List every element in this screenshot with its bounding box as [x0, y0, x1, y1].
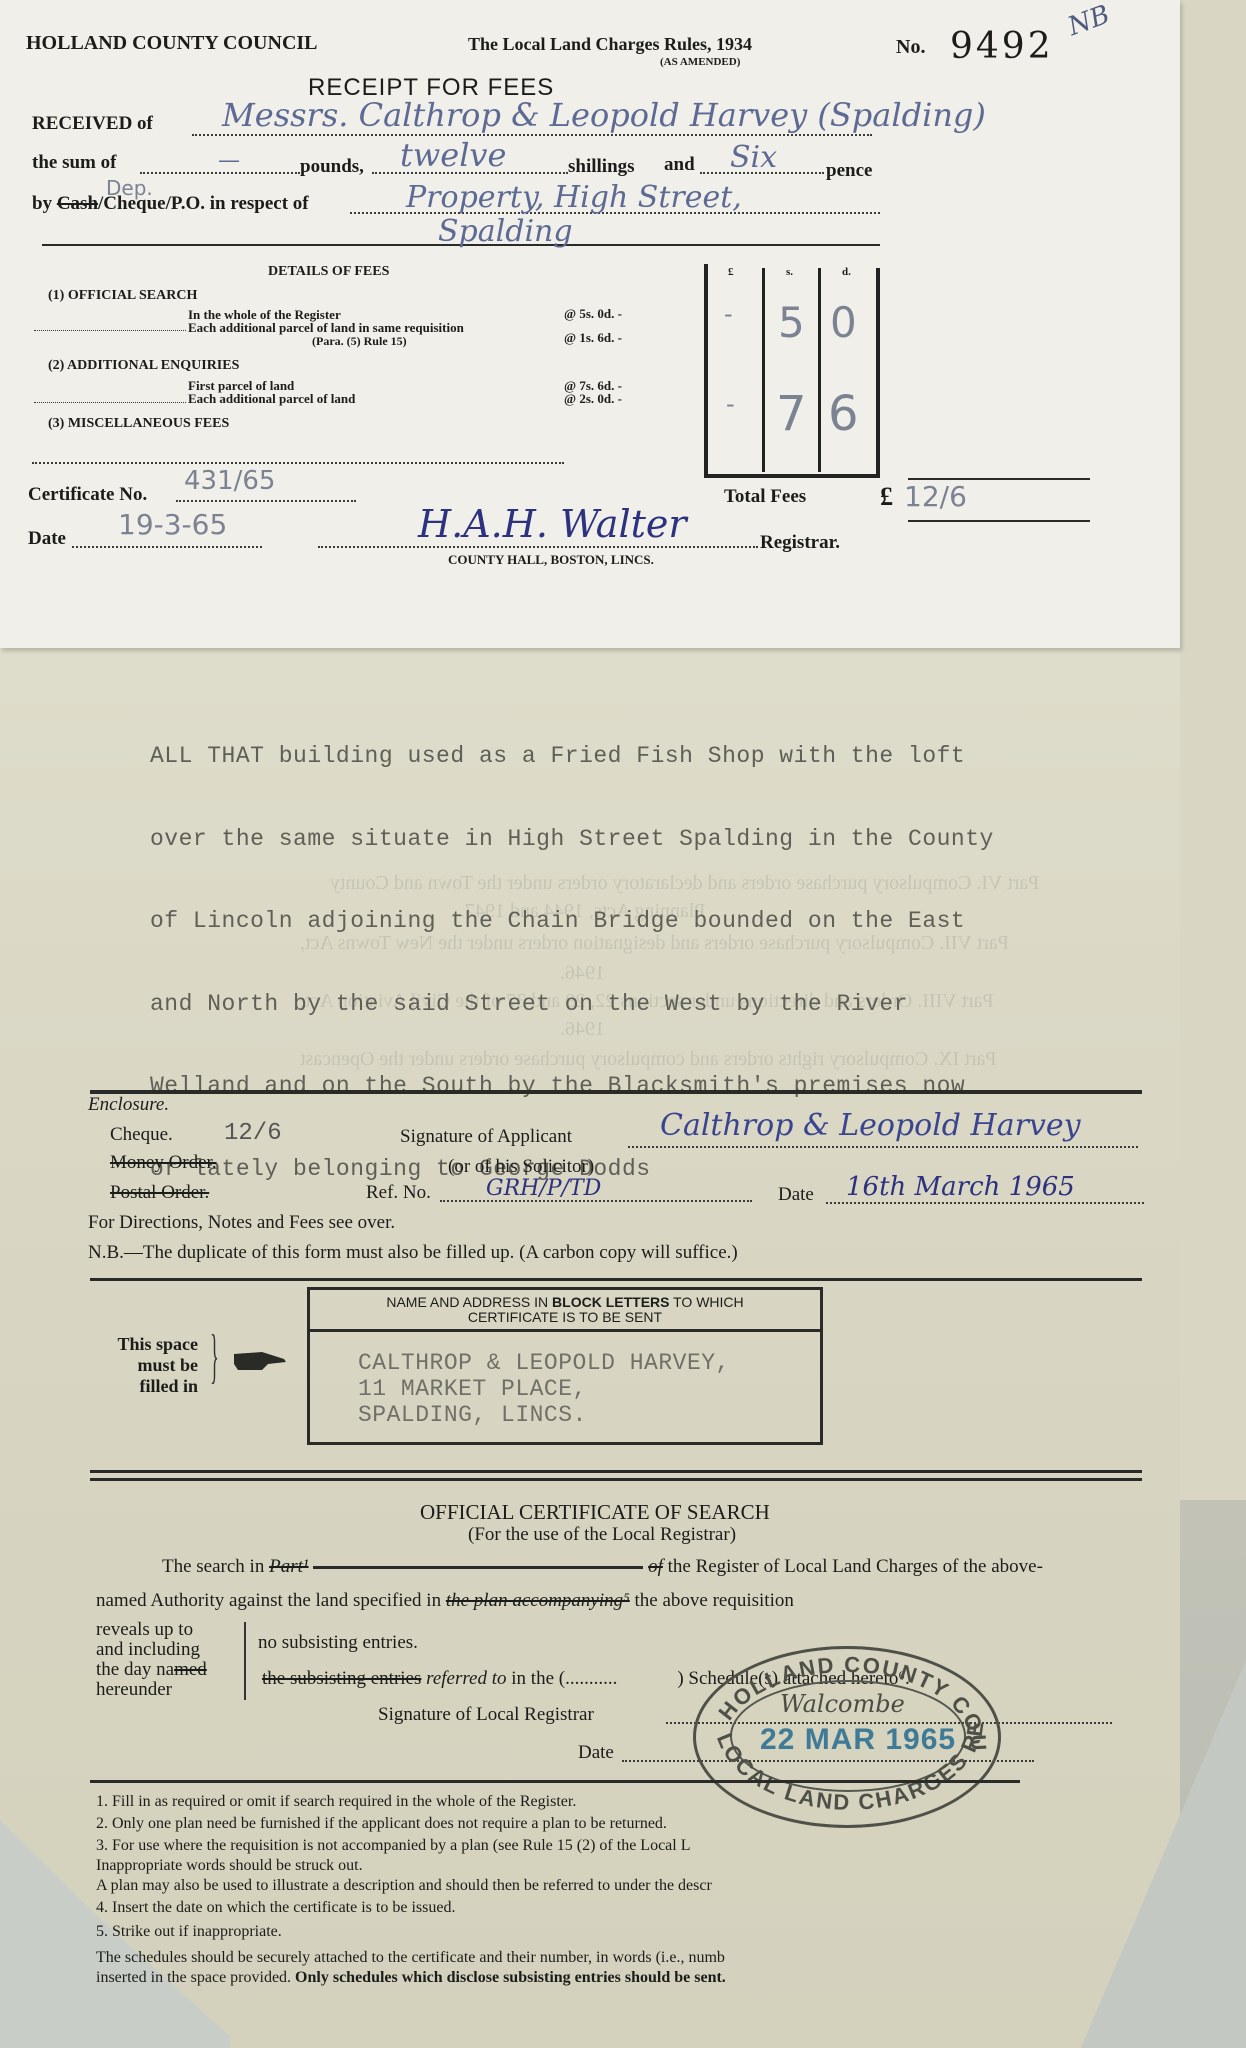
registrar-signature: H.A.H. Walter — [418, 502, 687, 546]
council-name: HOLLAND COUNTY COUNCIL — [26, 32, 318, 55]
payment-note: Dep. — [106, 176, 153, 200]
postal-order-struck: Postal Order. — [110, 1182, 209, 1204]
received-line — [192, 134, 872, 136]
directions-note: For Directions, Notes and Fees see over. — [88, 1212, 395, 1234]
fill-in-note: This space must be filled in — [90, 1334, 198, 1397]
enclosure-label: Enclosure. — [88, 1094, 169, 1116]
fee-shillings: 5 — [778, 298, 805, 347]
details-title: DETAILS OF FEES — [268, 264, 389, 280]
received-label: RECEIVED of — [32, 113, 153, 135]
misc-fees-line — [32, 462, 564, 464]
total-fees-value: 12/6 — [904, 480, 967, 513]
search-line-2: named Authority against the land specifi… — [96, 1590, 794, 1612]
fee-section-heading: (2) ADDITIONAL ENQUIRIES — [48, 358, 239, 374]
certificate-address[interactable]: CALTHROP & LEOPOLD HARVEY, 11 MARKET PLA… — [310, 1332, 820, 1428]
pointing-hand-icon — [232, 1350, 288, 1372]
respect-value[interactable]: Property, High Street, — [406, 180, 742, 215]
fee-pounds: - — [724, 300, 733, 328]
pence-label: pence — [826, 160, 872, 182]
ref-label: Ref. No. — [366, 1182, 431, 1204]
fee-section-heading: (3) MISCELLANEOUS FEES — [48, 416, 229, 432]
section-divider — [90, 1278, 1142, 1281]
stamp-registrar-initials: Walcombe — [780, 1690, 905, 1718]
search-line-1: The search in Part¹ of the Register of L… — [162, 1556, 1043, 1578]
footnotes: 1. Fill in as required or omit if search… — [96, 1792, 726, 1988]
application-date-label: Date — [778, 1184, 814, 1206]
section-divider — [90, 1090, 1142, 1094]
certificate-subtitle: (For the use of the Local Registrar) — [468, 1524, 736, 1546]
cheque-label: Cheque. — [110, 1124, 173, 1146]
money-order-struck: Money Order. — [110, 1152, 217, 1174]
section-divider — [90, 1780, 1020, 1783]
applicant-signature: Calthrop & Leopold Harvey — [660, 1108, 1081, 1143]
cheque-value: 12/6 — [224, 1120, 282, 1147]
stamp-date: 22 MAR 1965 — [760, 1723, 956, 1757]
fee-rate: @ 1s. 6d. - — [564, 330, 622, 346]
certificate-no-line — [176, 500, 356, 502]
fee-rate: @ 2s. 0d. - — [564, 391, 622, 407]
certificate-title: OFFICIAL CERTIFICATE OF SEARCH — [420, 1500, 770, 1525]
payment-po: P.O. — [171, 193, 205, 214]
no-subsisting-entries: no subsisting entries. — [258, 1632, 418, 1654]
pence-value[interactable]: Six — [730, 140, 777, 175]
respect-value-2[interactable]: Spalding — [438, 214, 573, 249]
local-registrar-signature-label: Signature of Local Registrar — [378, 1704, 594, 1726]
solicitor-note: (or of his Solicitor) — [448, 1156, 594, 1178]
bracket — [244, 1622, 246, 1700]
county-hall-address: COUNTY HALL, BOSTON, LINCS. — [448, 552, 654, 568]
pounds-label: pounds, — [300, 156, 364, 178]
receipt-date-value: 19-3-65 — [118, 508, 227, 541]
pounds-column-header: £ — [728, 266, 734, 278]
section-divider — [90, 1478, 1142, 1481]
fee-item-sub: (Para. (5) Rule 15) — [312, 334, 407, 349]
shillings-label: shillings — [568, 156, 635, 178]
fee-pence: 0 — [830, 298, 857, 347]
payment-cash-struck: Cash — [57, 193, 98, 214]
and-label: and — [664, 154, 695, 176]
applicant-signature-label: Signature of Applicant — [400, 1126, 572, 1148]
receipt-date-label: Date — [28, 528, 66, 550]
application-date-value: 16th March 1965 — [846, 1172, 1075, 1202]
fee-rate: @ 5s. 0d. - — [564, 306, 622, 322]
certificate-no-value: 431/65 — [184, 466, 275, 496]
payment-method: by Cash/Cheque/P.O. in respect of — [32, 193, 309, 215]
received-from-value[interactable]: Messrs. Calthrop & Leopold Harvey (Spald… — [222, 96, 986, 134]
certificate-address-box: NAME AND ADDRESS IN BLOCK LETTERS TO WHI… — [307, 1287, 823, 1445]
fee-shillings: 7 — [776, 386, 807, 442]
total-fees-label: Total Fees — [724, 486, 806, 508]
fee-pounds: - — [726, 390, 735, 418]
duplicate-note: N.B.—The duplicate of this form must als… — [88, 1242, 738, 1264]
pence-column-header: d. — [842, 266, 851, 278]
certificate-date-label: Date — [578, 1742, 614, 1764]
paper-edge — [1180, 0, 1246, 1500]
receipt-number-label: No. — [896, 36, 925, 59]
ref-value: GRH/P/TD — [486, 1176, 601, 1201]
receipt-number: 9492 — [950, 26, 1054, 67]
certificate-no-label: Certificate No. — [28, 484, 147, 506]
sum-label: the sum of — [32, 152, 116, 174]
rules-title: The Local Land Charges Rules, 1934 — [468, 34, 752, 55]
fee-item-label: Each additional parcel of land — [188, 391, 355, 407]
currency-symbol: £ — [880, 482, 893, 512]
reveals-label: reveals up to and including the day name… — [96, 1620, 207, 1700]
brace: } — [210, 1326, 219, 1386]
shillings-value[interactable]: twelve — [400, 136, 506, 174]
rules-subtitle: (AS AMENDED) — [660, 56, 740, 68]
section-divider — [90, 1470, 1142, 1473]
pounds-value[interactable]: — — [218, 148, 240, 173]
address-box-header: NAME AND ADDRESS IN BLOCK LETTERS TO WHI… — [310, 1290, 820, 1332]
shillings-column-header: s. — [786, 266, 793, 278]
registrar-label: Registrar. — [760, 532, 840, 554]
fee-pence: 6 — [828, 386, 859, 442]
fee-section-heading: (1) OFFICIAL SEARCH — [48, 288, 197, 304]
